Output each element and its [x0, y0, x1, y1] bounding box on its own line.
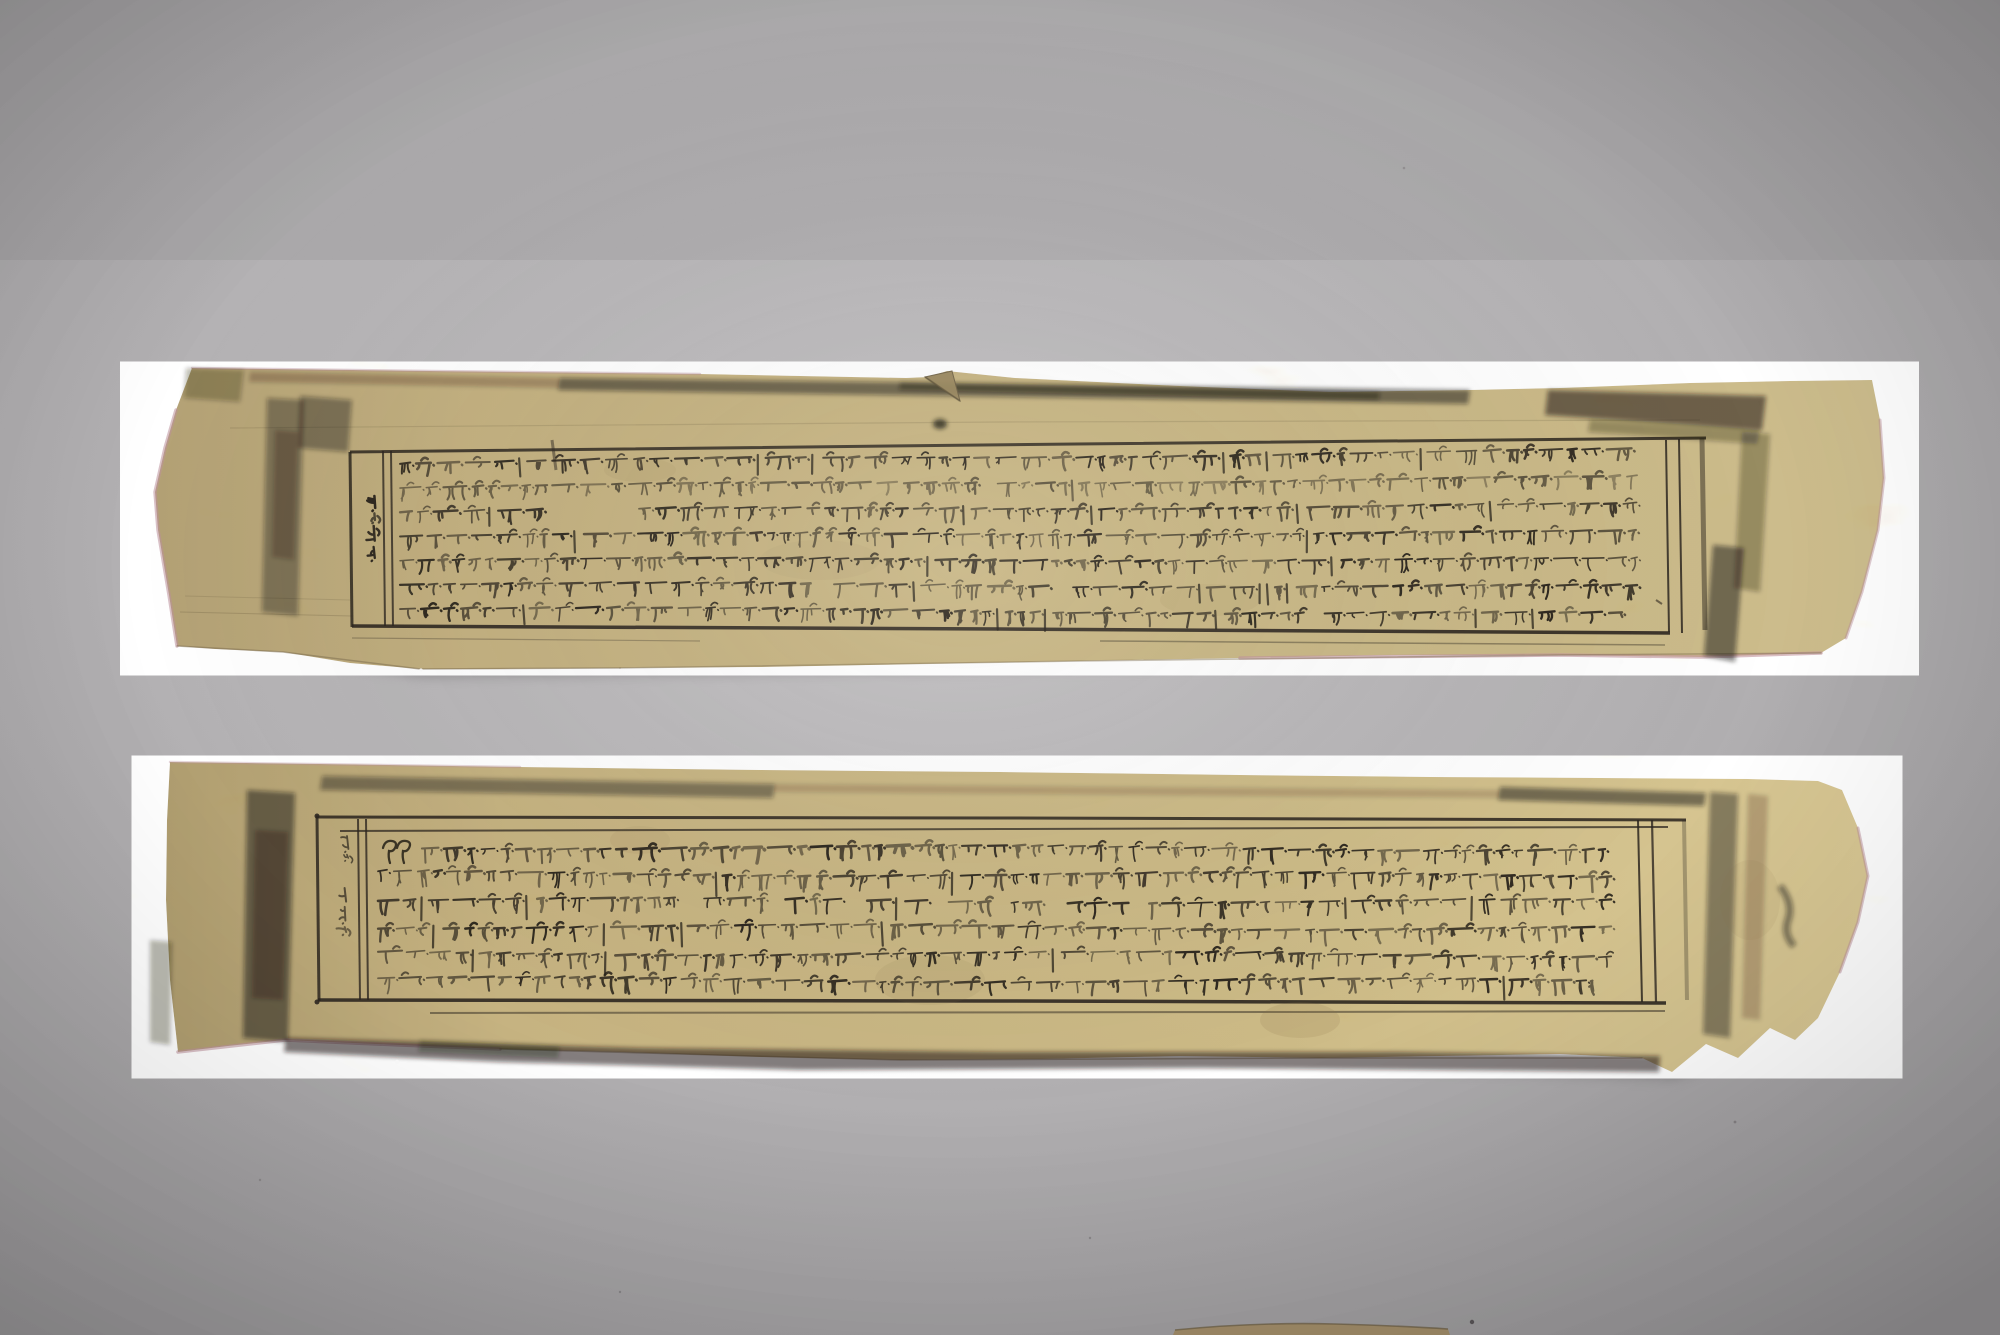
manuscript-photograph — [0, 0, 2000, 1335]
vignette-overlay — [0, 0, 2000, 1335]
